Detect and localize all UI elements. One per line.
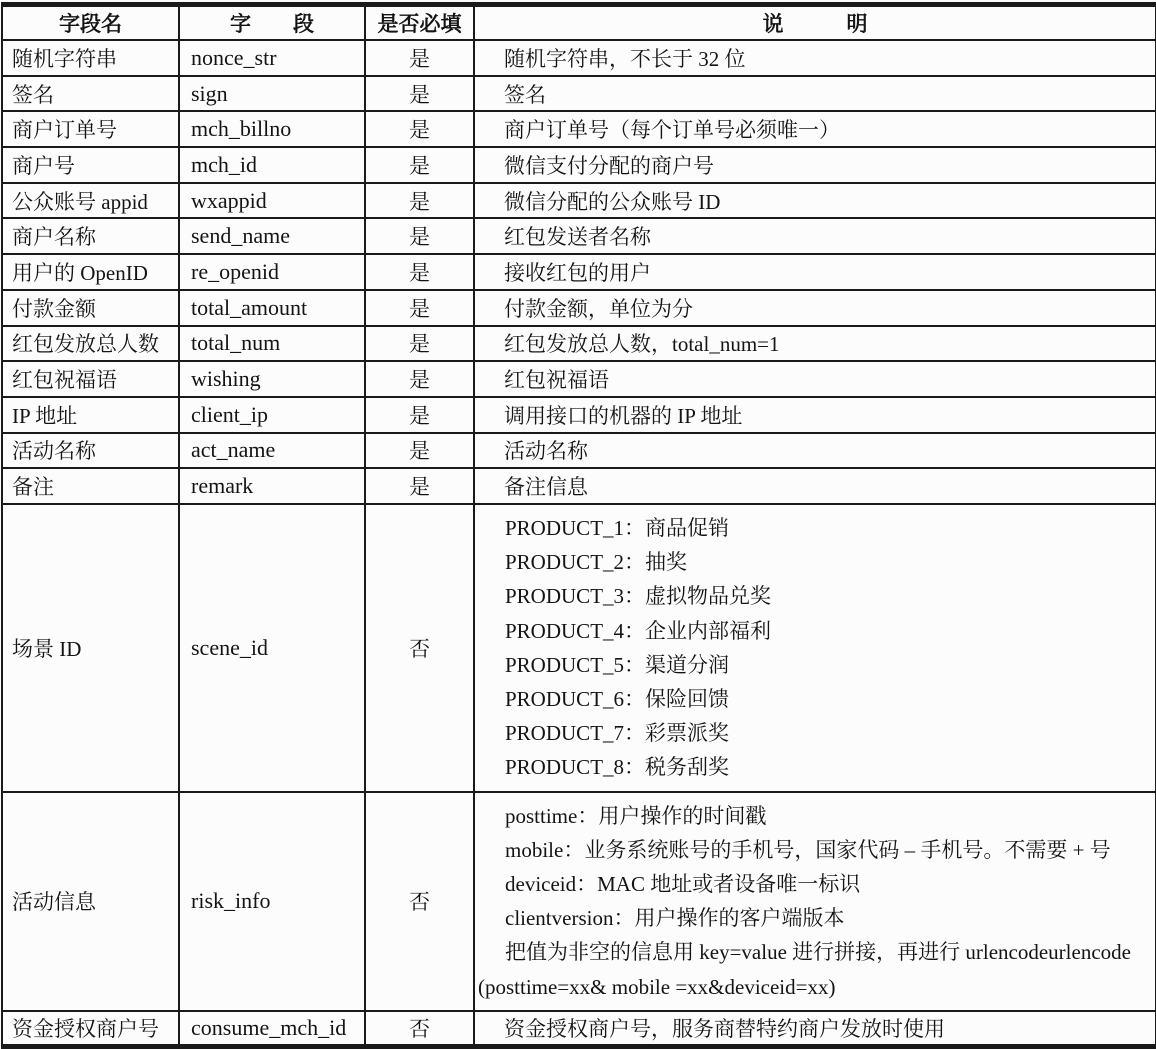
table-row: 活动信息risk_info否posttime：用户操作的时间戳mobile：业务… [2,792,1156,1011]
page-root: 字段名 字 段 是否必填 说 明 随机字符串nonce_str是随机字符串，不长… [0,0,1156,1032]
field-key-cell: nonce_str [179,40,365,76]
field-key-cell: wishing [179,361,365,397]
required-cell: 是 [365,111,474,147]
table-row: 资金授权商户号consume_mch_id否资金授权商户号，服务商替特约商户发放… [2,1011,1156,1047]
description-cell: 随机字符串，不长于 32 位 [474,40,1156,76]
table-row: 活动名称act_name是活动名称 [2,433,1156,469]
description-cell: 红包发送者名称 [474,218,1156,254]
field-key-cell: remark [179,468,365,504]
field-name-cell: 商户订单号 [2,111,179,147]
required-cell: 是 [365,40,474,76]
table-body: 随机字符串nonce_str是随机字符串，不长于 32 位签名sign是签名商户… [2,40,1156,1046]
required-cell: 是 [365,183,474,219]
table-row: 商户名称send_name是红包发送者名称 [2,218,1156,254]
field-name-cell: 商户号 [2,147,179,183]
field-key-cell: consume_mch_id [179,1011,365,1047]
field-name-cell: 随机字符串 [2,40,179,76]
field-name-cell: 资金授权商户号 [2,1011,179,1047]
header-description: 说 明 [474,5,1156,41]
header-field-name: 字段名 [2,5,179,41]
description-cell: 活动名称 [474,433,1156,469]
table-row: 用户的 OpenIDre_openid是接收红包的用户 [2,254,1156,290]
description-cell: 微信分配的公众账号 ID [474,183,1156,219]
field-key-cell: re_openid [179,254,365,290]
table-row: IP 地址client_ip是调用接口的机器的 IP 地址 [2,397,1156,433]
field-name-cell: 公众账号 appid [2,183,179,219]
required-cell: 否 [365,1011,474,1047]
field-name-cell: 红包祝福语 [2,361,179,397]
description-cell: 备注信息 [474,468,1156,504]
field-key-cell: total_num [179,326,365,362]
description-cell: PRODUCT_1：商品促销PRODUCT_2：抽奖PRODUCT_3：虚拟物品… [474,504,1156,792]
field-name-cell: 付款金额 [2,290,179,326]
field-key-cell: mch_id [179,147,365,183]
header-row: 字段名 字 段 是否必填 说 明 [2,5,1156,41]
required-cell: 是 [365,147,474,183]
required-cell: 是 [365,397,474,433]
field-name-cell: 活动信息 [2,792,179,1011]
required-cell: 是 [365,361,474,397]
desc-line: 把值为非空的信息用 key=value 进行拼接，再进行 urlencodeur… [475,935,1151,969]
field-key-cell: risk_info [179,792,365,1011]
table-row: 随机字符串nonce_str是随机字符串，不长于 32 位 [2,40,1156,76]
desc-line: posttime：用户操作的时间戳 [475,799,1151,833]
desc-line: (posttime=xx& mobile =xx&deviceid=xx) [475,970,1151,1004]
desc-line: PRODUCT_4：企业内部福利 [475,614,1151,648]
desc-line: deviceid：MAC 地址或者设备唯一标识 [475,867,1151,901]
field-name-cell: 用户的 OpenID [2,254,179,290]
field-name-cell: 备注 [2,468,179,504]
field-key-cell: client_ip [179,397,365,433]
header-required: 是否必填 [365,5,474,41]
field-name-cell: 活动名称 [2,433,179,469]
table-row: 付款金额total_amount是付款金额，单位为分 [2,290,1156,326]
table-row: 商户号mch_id是微信支付分配的商户号 [2,147,1156,183]
required-cell: 是 [365,290,474,326]
required-cell: 否 [365,792,474,1011]
required-cell: 是 [365,76,474,112]
desc-line: PRODUCT_3：虚拟物品兑奖 [475,579,1151,613]
table-row: 红包发放总人数total_num是红包发放总人数，total_num=1 [2,326,1156,362]
description-cell: 接收红包的用户 [474,254,1156,290]
field-key-cell: sign [179,76,365,112]
table-row: 签名sign是签名 [2,76,1156,112]
table-row: 红包祝福语wishing是红包祝福语 [2,361,1156,397]
field-name-cell: 场景 ID [2,504,179,792]
field-key-cell: mch_billno [179,111,365,147]
desc-line: PRODUCT_2：抽奖 [475,545,1151,579]
field-key-cell: act_name [179,433,365,469]
field-table: 字段名 字 段 是否必填 说 明 随机字符串nonce_str是随机字符串，不长… [1,2,1156,1049]
field-key-cell: scene_id [179,504,365,792]
description-cell: 付款金额，单位为分 [474,290,1156,326]
field-key-cell: wxappid [179,183,365,219]
desc-line: PRODUCT_6：保险回馈 [475,682,1151,716]
desc-line: PRODUCT_1：商品促销 [475,511,1151,545]
description-cell: 签名 [474,76,1156,112]
description-cell: posttime：用户操作的时间戳mobile：业务系统账号的手机号，国家代码 … [474,792,1156,1011]
description-cell: 资金授权商户号，服务商替特约商户发放时使用 [474,1011,1156,1047]
required-cell: 是 [365,218,474,254]
required-cell: 是 [365,326,474,362]
description-cell: 微信支付分配的商户号 [474,147,1156,183]
required-cell: 是 [365,468,474,504]
table-row: 公众账号 appidwxappid是微信分配的公众账号 ID [2,183,1156,219]
field-name-cell: IP 地址 [2,397,179,433]
field-key-cell: total_amount [179,290,365,326]
required-cell: 是 [365,433,474,469]
description-cell: 红包祝福语 [474,361,1156,397]
table-row: 场景 IDscene_id否PRODUCT_1：商品促销PRODUCT_2：抽奖… [2,504,1156,792]
table-row: 商户订单号mch_billno是商户订单号（每个订单号必须唯一） [2,111,1156,147]
field-name-cell: 红包发放总人数 [2,326,179,362]
required-cell: 是 [365,254,474,290]
desc-line: PRODUCT_8：税务刮奖 [475,750,1151,784]
description-cell: 调用接口的机器的 IP 地址 [474,397,1156,433]
description-cell: 红包发放总人数，total_num=1 [474,326,1156,362]
desc-line: clientversion：用户操作的客户端版本 [475,901,1151,935]
desc-line: mobile：业务系统账号的手机号，国家代码 – 手机号。不需要 + 号 [475,833,1151,867]
field-key-cell: send_name [179,218,365,254]
field-name-cell: 商户名称 [2,218,179,254]
desc-line: PRODUCT_7：彩票派奖 [475,716,1151,750]
description-cell: 商户订单号（每个订单号必须唯一） [474,111,1156,147]
header-field-key: 字 段 [179,5,365,41]
required-cell: 否 [365,504,474,792]
field-name-cell: 签名 [2,76,179,112]
table-row: 备注remark是备注信息 [2,468,1156,504]
desc-line: PRODUCT_5：渠道分润 [475,648,1151,682]
